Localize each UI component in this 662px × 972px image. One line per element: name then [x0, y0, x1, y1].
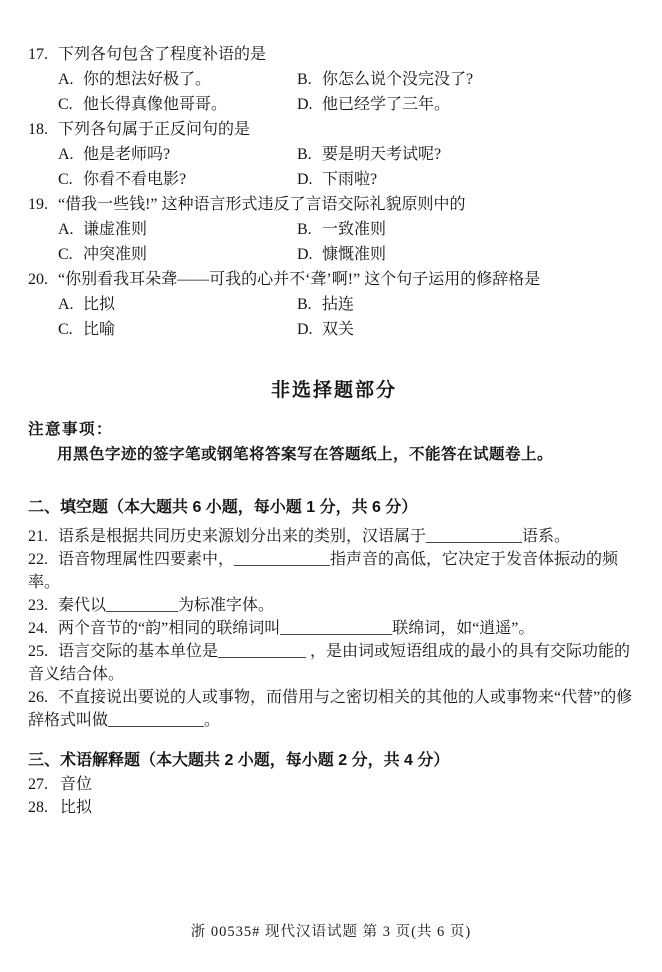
question-text: 语言交际的基本单位是___________ ，是由词或短语组成的最小的具有交际功…	[28, 643, 630, 683]
question-27: 27.音位	[28, 773, 640, 796]
option-b: B. 你怎么说个没完没了?	[297, 67, 640, 92]
question-number: 26.	[28, 689, 48, 706]
option-text: 慷慨准则	[322, 242, 386, 267]
exam-page: 17. 下列各句包含了程度补语的是 A. 你的想法好极了。 B. 你怎么说个没完…	[0, 0, 662, 972]
option-b: B. 拈连	[297, 292, 640, 317]
option-label: A.	[58, 142, 83, 167]
question-text: 两个音节的“韵”相同的联绵词叫______________联绵词，如“逍遥”。	[58, 620, 534, 637]
question-18: 18. 下列各句属于正反问句的是 A. 他是老师吗? B. 要是明天考试呢? C…	[28, 117, 640, 192]
question-stem: “借我一些钱!” 这种语言形式违反了言语交际礼貌原则中的	[58, 192, 640, 217]
option-c: C. 他长得真像他哥哥。	[58, 92, 297, 117]
term-questions: 27.音位 28.比拟	[28, 773, 640, 819]
option-label: B.	[297, 217, 322, 242]
question-26: 26.不直接说出要说的人或事物，而借用与之密切相关的其他的人或事物来“代替”的修…	[28, 686, 640, 732]
question-number: 23.	[28, 597, 48, 614]
question-text: 秦代以_________为标准字体。	[58, 597, 274, 614]
fill-in-questions: 21.语系是根据共同历史来源划分出来的类别，汉语属于____________语系…	[28, 525, 640, 732]
option-a: A. 谦虚准则	[58, 217, 297, 242]
option-label: B.	[297, 142, 322, 167]
question-23: 23.秦代以_________为标准字体。	[28, 594, 640, 617]
option-text: 一致准则	[322, 217, 386, 242]
option-text: 冲突准则	[83, 242, 147, 267]
option-text: 你的想法好极了。	[83, 67, 211, 92]
question-stem: “你别看我耳朵聋——可我的心并不‘聋’啊!” 这个句子运用的修辞格是	[58, 267, 640, 292]
option-d: D. 下雨啦?	[297, 167, 640, 192]
option-a: A. 他是老师吗?	[58, 142, 297, 167]
question-number: 22.	[28, 551, 48, 568]
question-number: 24.	[28, 620, 48, 637]
option-label: D.	[297, 317, 322, 342]
question-28: 28.比拟	[28, 796, 640, 819]
question-text: 语音物理属性四要素中，____________指声音的高低，它决定于发音体振动的…	[28, 551, 618, 591]
option-text: 比喻	[83, 317, 115, 342]
option-text: 下雨啦?	[322, 167, 377, 192]
question-number: 17.	[28, 42, 58, 67]
option-label: A.	[58, 217, 83, 242]
question-number: 19.	[28, 192, 58, 217]
question-21: 21.语系是根据共同历史来源划分出来的类别，汉语属于____________语系…	[28, 525, 640, 548]
option-text: 拈连	[322, 292, 354, 317]
section-2-heading: 二、填空题（本大题共 6 小题，每小题 1 分，共 6 分）	[28, 495, 640, 520]
option-label: C.	[58, 242, 83, 267]
question-number: 21.	[28, 528, 48, 545]
option-label: C.	[58, 317, 83, 342]
page-footer: 浙 00535# 现代汉语试题 第 3 页(共 6 页)	[0, 920, 662, 941]
question-stem: 下列各句属于正反问句的是	[58, 117, 640, 142]
notice-label: 注意事项：	[28, 417, 640, 442]
option-label: A.	[58, 67, 83, 92]
option-label: C.	[58, 167, 83, 192]
section-title: 非选择题部分	[28, 378, 640, 403]
question-number: 28.	[28, 799, 48, 816]
option-text: 谦虚准则	[83, 217, 147, 242]
notice-text: 用黑色字迹的签字笔或钢笔将答案写在答题纸上，不能答在试题卷上。	[28, 442, 640, 467]
option-text: 你怎么说个没完没了?	[322, 67, 473, 92]
question-text: 音位	[60, 776, 92, 793]
option-text: 双关	[322, 317, 354, 342]
option-label: D.	[297, 92, 322, 117]
question-number: 25.	[28, 643, 48, 660]
question-19: 19. “借我一些钱!” 这种语言形式违反了言语交际礼貌原则中的 A. 谦虚准则…	[28, 192, 640, 267]
option-text: 他是老师吗?	[83, 142, 170, 167]
option-label: D.	[297, 242, 322, 267]
question-text: 不直接说出要说的人或事物，而借用与之密切相关的其他的人或事物来“代替”的修辞格式…	[28, 689, 632, 729]
option-label: A.	[58, 292, 83, 317]
option-text: 他已经学了三年。	[322, 92, 450, 117]
question-20: 20. “你别看我耳朵聋——可我的心并不‘聋’啊!” 这个句子运用的修辞格是 A…	[28, 267, 640, 342]
question-text: 语系是根据共同历史来源划分出来的类别，汉语属于____________语系。	[58, 528, 570, 545]
notice-block: 注意事项： 用黑色字迹的签字笔或钢笔将答案写在答题纸上，不能答在试题卷上。	[28, 417, 640, 467]
option-b: B. 要是明天考试呢?	[297, 142, 640, 167]
option-c: C. 冲突准则	[58, 242, 297, 267]
option-a: A. 你的想法好极了。	[58, 67, 297, 92]
option-text: 他长得真像他哥哥。	[83, 92, 227, 117]
option-d: D. 双关	[297, 317, 640, 342]
question-stem: 下列各句包含了程度补语的是	[58, 42, 640, 67]
option-c: C. 你看不看电影?	[58, 167, 297, 192]
question-number: 27.	[28, 776, 48, 793]
question-17: 17. 下列各句包含了程度补语的是 A. 你的想法好极了。 B. 你怎么说个没完…	[28, 42, 640, 117]
question-number: 20.	[28, 267, 58, 292]
option-text: 你看不看电影?	[83, 167, 186, 192]
option-label: D.	[297, 167, 322, 192]
section-3-heading: 三、术语解释题（本大题共 2 小题，每小题 2 分，共 4 分）	[28, 748, 640, 773]
option-a: A. 比拟	[58, 292, 297, 317]
option-text: 比拟	[83, 292, 115, 317]
option-label: B.	[297, 292, 322, 317]
question-text: 比拟	[60, 799, 92, 816]
option-text: 要是明天考试呢?	[322, 142, 441, 167]
multiple-choice-section: 17. 下列各句包含了程度补语的是 A. 你的想法好极了。 B. 你怎么说个没完…	[28, 42, 640, 342]
question-number: 18.	[28, 117, 58, 142]
question-22: 22.语音物理属性四要素中，____________指声音的高低，它决定于发音体…	[28, 548, 640, 594]
option-label: C.	[58, 92, 83, 117]
question-24: 24.两个音节的“韵”相同的联绵词叫______________联绵词，如“逍遥…	[28, 617, 640, 640]
option-c: C. 比喻	[58, 317, 297, 342]
option-d: D. 慷慨准则	[297, 242, 640, 267]
option-d: D. 他已经学了三年。	[297, 92, 640, 117]
option-b: B. 一致准则	[297, 217, 640, 242]
option-label: B.	[297, 67, 322, 92]
question-25: 25.语言交际的基本单位是___________ ，是由词或短语组成的最小的具有…	[28, 640, 640, 686]
